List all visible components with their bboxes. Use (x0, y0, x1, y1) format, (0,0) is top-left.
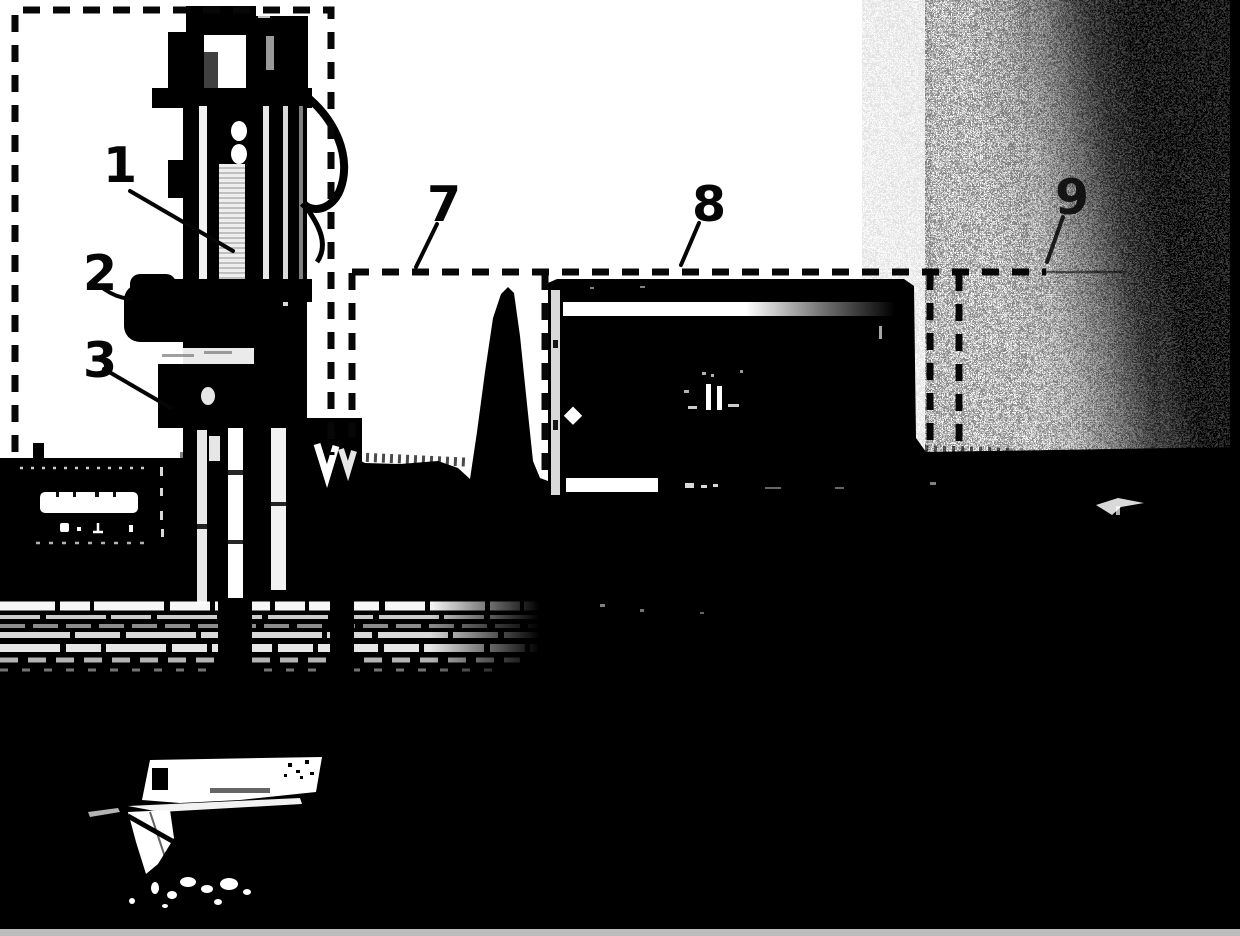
controller-display (40, 492, 138, 513)
screen-reflection-band (563, 302, 895, 316)
bottom-strip (0, 929, 1240, 936)
laptop-left-bezel-highlight (551, 290, 560, 495)
callout-label-8: 8 (692, 176, 726, 233)
callout-label-3: 3 (83, 332, 117, 389)
coupling-link (231, 144, 247, 164)
coupling-link (231, 121, 247, 141)
callout-label-7: 7 (427, 176, 461, 233)
callout-label-9: 9 (1055, 169, 1089, 226)
annotated-photo-figure: 1 2 3 7 8 9 (0, 0, 1240, 936)
callout-label-1: 1 (103, 137, 137, 194)
laptop-base-highlight (566, 478, 658, 492)
figure-canvas: 1 2 3 7 8 9 (0, 0, 1240, 936)
callout-label-2: 2 (83, 245, 117, 302)
controller-antenna (33, 443, 44, 459)
top-flange (152, 88, 312, 108)
